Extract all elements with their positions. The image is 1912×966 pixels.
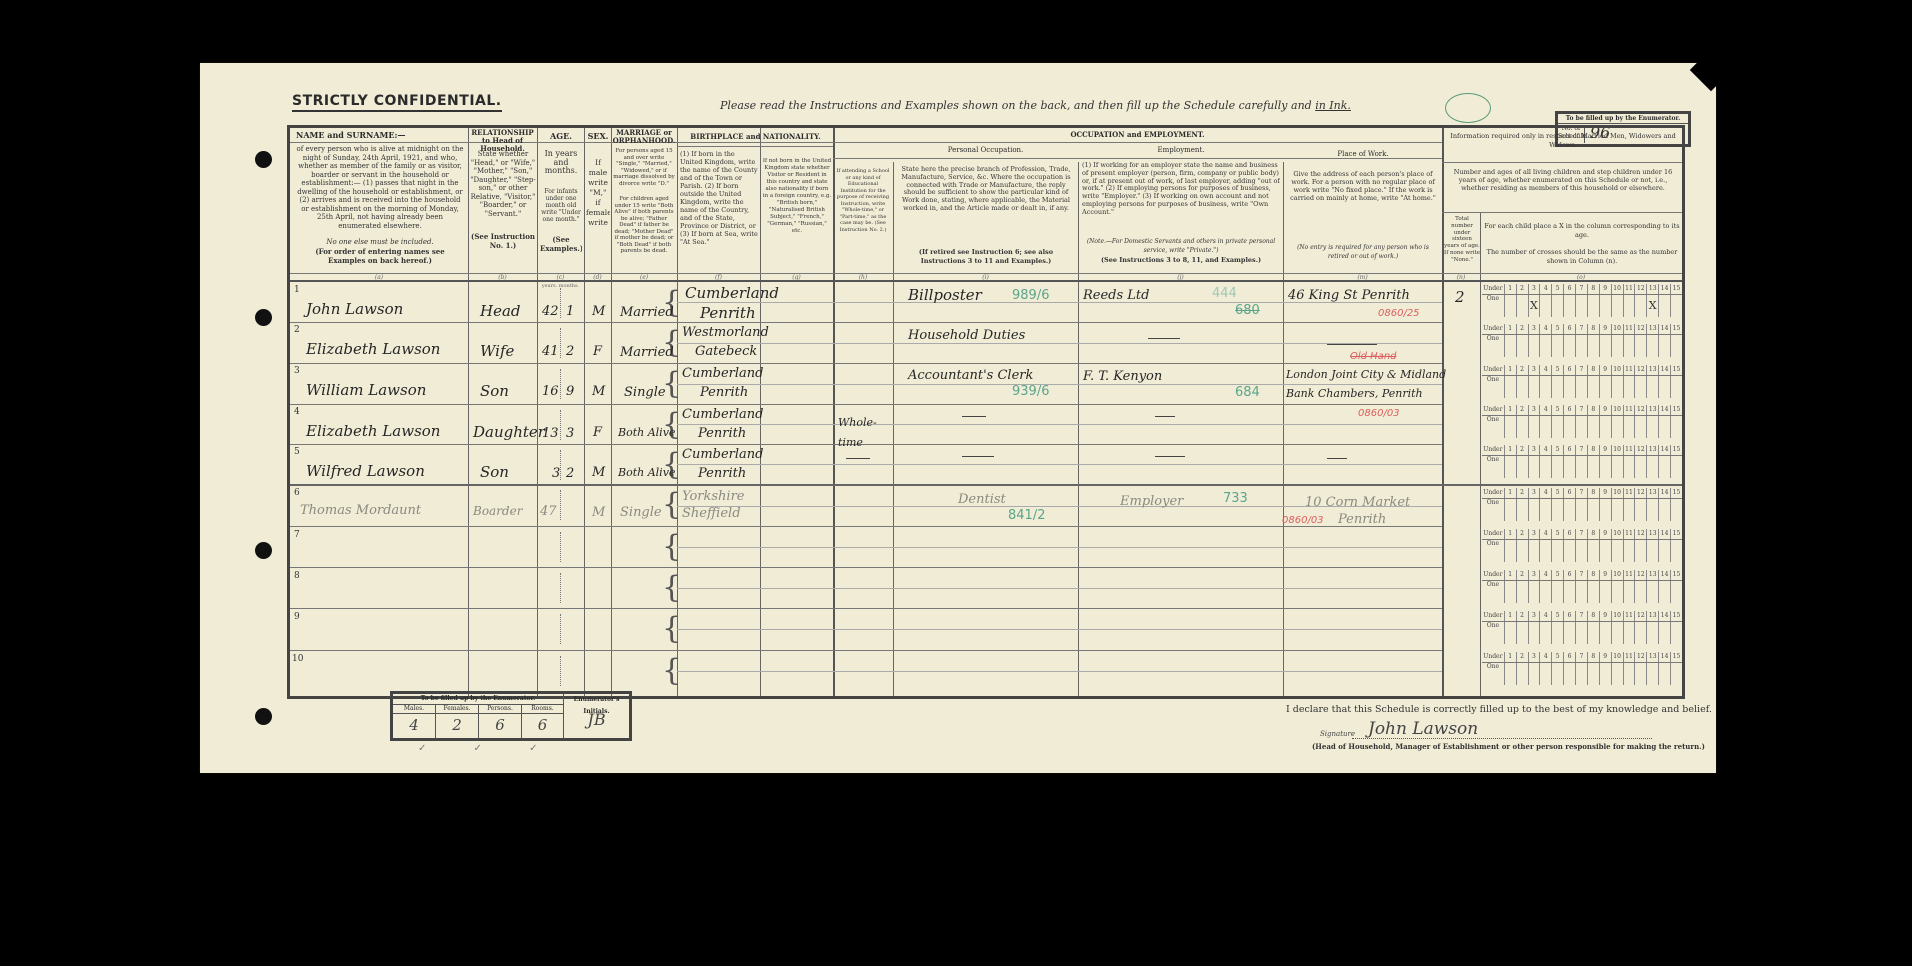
child-age-grid-row9: Under One123456789101112131415 xyxy=(1482,611,1682,644)
punch-hole xyxy=(255,151,272,168)
instructions-line: Please read the Instructions and Example… xyxy=(720,99,1351,112)
row6-workplace: 10 Corn Market xyxy=(1305,495,1410,510)
child-age-grid-row8: Under One123456789101112131415 xyxy=(1482,570,1682,603)
row1-name: John Lawson xyxy=(306,300,403,318)
child-mark-age-3: X xyxy=(1528,295,1540,317)
row5-name: Wilfred Lawson xyxy=(306,462,425,480)
signature-value: John Lawson xyxy=(1368,719,1478,739)
child-age-grid-row5: Under One123456789101112131415 xyxy=(1482,445,1682,478)
enumerator-persons: Persons.6 xyxy=(479,704,522,738)
row6-employer: Employer xyxy=(1120,494,1183,509)
declaration-text: I declare that this Schedule is correctl… xyxy=(1286,704,1712,715)
child-mark-age-13: X xyxy=(1646,295,1658,317)
child-age-grid-row10: Under One123456789101112131415 xyxy=(1482,652,1682,685)
header-name-instructions: of every person who is alive at midnight… xyxy=(296,145,464,245)
row1-relationship: Head xyxy=(480,302,521,320)
header-name: NAME and SURNAME:— xyxy=(296,130,466,140)
enumerator-initials: Enumerator's Initials.JB xyxy=(564,694,629,738)
header-sex: SEX. xyxy=(585,131,611,141)
row6-occupation: Dentist xyxy=(958,492,1006,507)
row1-age-years: 42 xyxy=(542,304,559,319)
check-marks: ✓ ✓ ✓ xyxy=(418,743,560,754)
child-age-grid-row2: Under One123456789101112131415 xyxy=(1482,324,1682,357)
row1-workplace: 46 King St Penrith xyxy=(1288,288,1410,303)
header-marriage: MARRIAGE or ORPHANHOOD. xyxy=(612,129,676,145)
row1-occ-code: 989/6 xyxy=(1012,288,1049,303)
row4-school: Whole-time xyxy=(838,413,878,453)
page-corner-fold xyxy=(1690,49,1732,91)
row1-marriage: Married xyxy=(620,305,674,320)
row3-name: William Lawson xyxy=(306,381,426,399)
row1-emp-code: 680 xyxy=(1235,303,1260,318)
child-age-grid-row3: Under One123456789101112131415 xyxy=(1482,365,1682,398)
enumerator-box: To be filled up by the Enumerator. Males… xyxy=(390,691,632,741)
child-age-grid-row4: Under One123456789101112131415 xyxy=(1482,405,1682,438)
row3-workplace: London Joint City & Midland xyxy=(1286,368,1446,381)
census-schedule-page: STRICTLY CONFIDENTIAL. Please read the I… xyxy=(200,63,1716,773)
row6-name: Thomas Mordaunt xyxy=(300,503,421,518)
row1-place-code: 0860/25 xyxy=(1378,308,1420,319)
household-table: NAME and SURNAME:— of every person who i… xyxy=(287,125,1685,699)
header-age: AGE. xyxy=(538,131,584,141)
row3-employer: F. T. Kenyon xyxy=(1083,369,1162,384)
child-age-grid-row7: Under One123456789101112131415 xyxy=(1482,529,1682,562)
signature-note: (Head of Household, Manager of Establish… xyxy=(1312,742,1705,751)
row1-age-months: 1 xyxy=(566,304,574,319)
punch-hole xyxy=(255,542,272,559)
header-birthplace: BIRTHPLACE and NATIONALITY. xyxy=(678,132,833,141)
row4-name: Elizabeth Lawson xyxy=(306,422,440,440)
child-age-grid-row6: Under One123456789101112131415 xyxy=(1482,488,1682,521)
row1-birth-county: Cumberland xyxy=(685,284,779,302)
row2-name: Elizabeth Lawson xyxy=(306,340,440,358)
header-occupation: OCCUPATION and EMPLOYMENT. xyxy=(833,130,1442,139)
row1-children-total: 2 xyxy=(1455,288,1465,306)
enumerator-females: Females.2 xyxy=(436,704,479,738)
signature-label: Signature xyxy=(1320,730,1355,738)
green-oval-mark xyxy=(1445,93,1491,123)
punch-hole xyxy=(255,708,272,725)
enumerator-males: Males.4 xyxy=(393,704,436,738)
row1-occupation: Billposter xyxy=(908,286,982,304)
confidential-heading: STRICTLY CONFIDENTIAL. xyxy=(292,93,502,112)
row2-relationship: Wife xyxy=(480,342,514,360)
enumerator-rooms: Rooms.6 xyxy=(522,704,564,738)
child-age-grid-row1: Under One123456789101112131415 XX xyxy=(1482,284,1682,317)
row1-sex: M xyxy=(592,304,605,319)
punch-hole xyxy=(255,309,272,326)
row1-birth-town: Penrith xyxy=(700,304,756,322)
header-children: Information required only in respect of … xyxy=(1446,132,1680,149)
row3-occupation: Accountant's Clerk xyxy=(908,368,1033,383)
row1-employer: Reeds Ltd xyxy=(1083,288,1149,303)
row2-occupation: Household Duties xyxy=(908,328,1025,343)
